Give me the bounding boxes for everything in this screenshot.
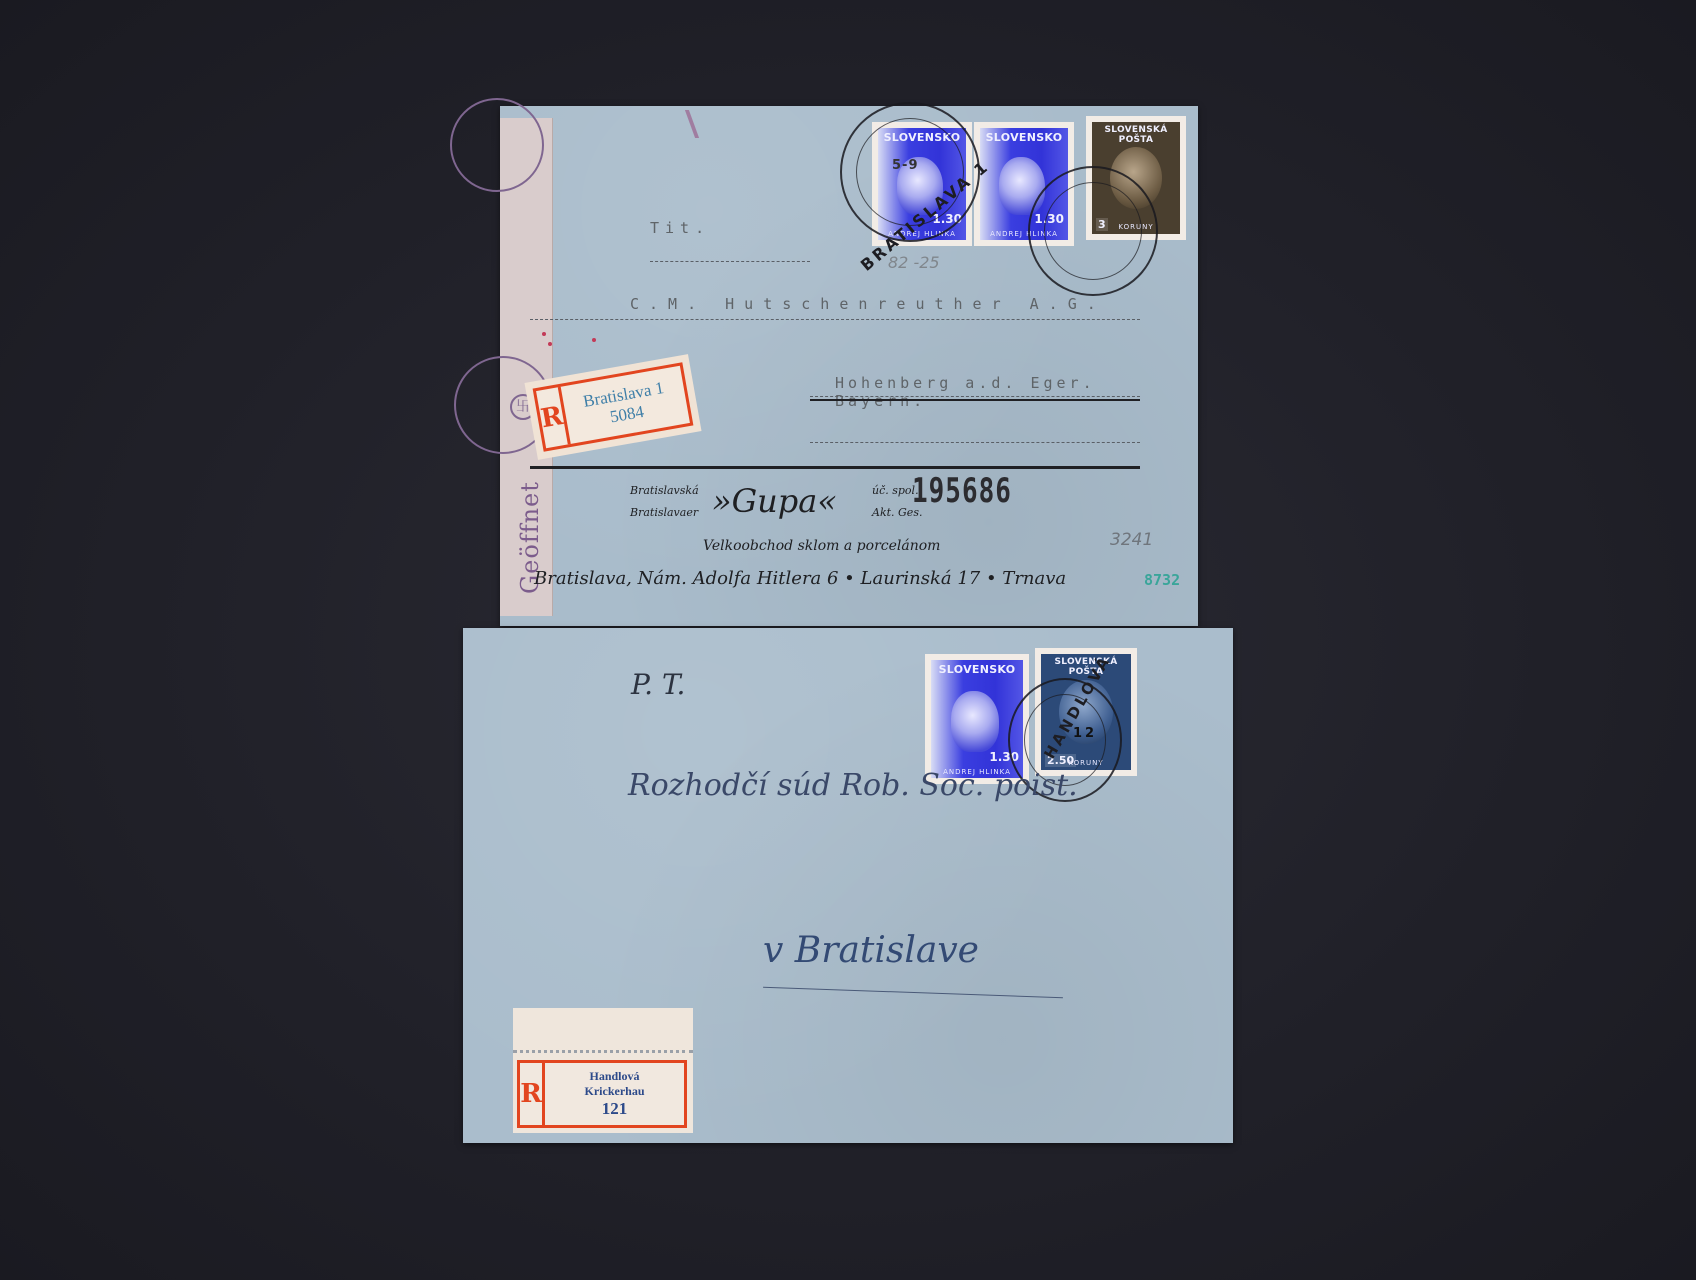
stamped-number: 195686 xyxy=(912,472,1012,511)
company-name: »Gupa« xyxy=(712,482,837,520)
censor-seal-ring-top xyxy=(450,98,544,192)
letterhead-left-2: Bratislavaer xyxy=(630,506,698,519)
address-line xyxy=(810,396,1140,397)
salutation: P. T. xyxy=(631,668,685,701)
stamp-country: SLOVENSKO xyxy=(980,131,1068,144)
recipient-name: Rozhodčí súd Rob. Soc. poist. xyxy=(628,768,1078,803)
stamp-country: SLOVENSKÁ POŠTA xyxy=(1092,125,1180,145)
registration-label: R Handlová Krickerhau 121 xyxy=(517,1060,687,1128)
registration-number: 5084 xyxy=(609,402,646,428)
pencil-note: 82 -25 xyxy=(888,253,940,272)
underline xyxy=(810,399,1140,401)
postmark-bratislava-2 xyxy=(1028,166,1158,296)
perforation xyxy=(513,1050,693,1053)
address-line xyxy=(650,261,810,262)
company-address: Bratislava, Nám. Adolfa Hitlera 6 • Laur… xyxy=(534,568,1066,589)
ink-speck xyxy=(548,342,552,346)
letterhead-left-1: Bratislavská xyxy=(630,484,699,497)
registration-office-1: Handlová xyxy=(589,1069,639,1084)
ink-speck xyxy=(592,338,596,342)
stamp-country: SLOVENSKO xyxy=(931,663,1023,676)
handwritten-underline xyxy=(763,987,1063,998)
censor-tape: 卐 9 Geöffnet xyxy=(500,118,553,616)
company-tagline: Velkoobchod sklom a porcelánom xyxy=(703,538,940,554)
recipient-name: C.M. Hutschenreuther A.G. xyxy=(630,295,1106,313)
ink-mark xyxy=(685,110,729,138)
letterhead-rule xyxy=(530,466,1140,469)
address-line xyxy=(810,442,1140,443)
green-stamp-number: 8732 xyxy=(1144,571,1180,589)
portrait-icon xyxy=(951,691,999,752)
ink-speck xyxy=(542,332,546,336)
registration-r: R xyxy=(520,1063,545,1125)
postmark-date: 5-9 xyxy=(892,158,919,173)
registration-label-sheet: R Handlová Krickerhau 121 xyxy=(513,1008,693,1133)
salutation: Tit. xyxy=(650,219,710,237)
top-cover-envelope: 卐 9 Geöffnet SLOVENSKO 1.30 ANDREJ HLINK… xyxy=(500,106,1198,626)
registration-office-2: Krickerhau xyxy=(585,1084,645,1099)
registration-number: 121 xyxy=(602,1099,628,1119)
postmark-date: 12 xyxy=(1073,726,1097,741)
pencil-number: 3241 xyxy=(1110,530,1153,550)
recipient-city: v Bratislave xyxy=(763,930,979,971)
bottom-cover-envelope: SLOVENSKO 1.30 ANDREJ HLINKA SLOVENSKÁ P… xyxy=(463,628,1233,1143)
recipient-city: Hohenberg a.d. Eger. Bayern. xyxy=(835,374,1198,410)
address-line xyxy=(530,319,1140,320)
